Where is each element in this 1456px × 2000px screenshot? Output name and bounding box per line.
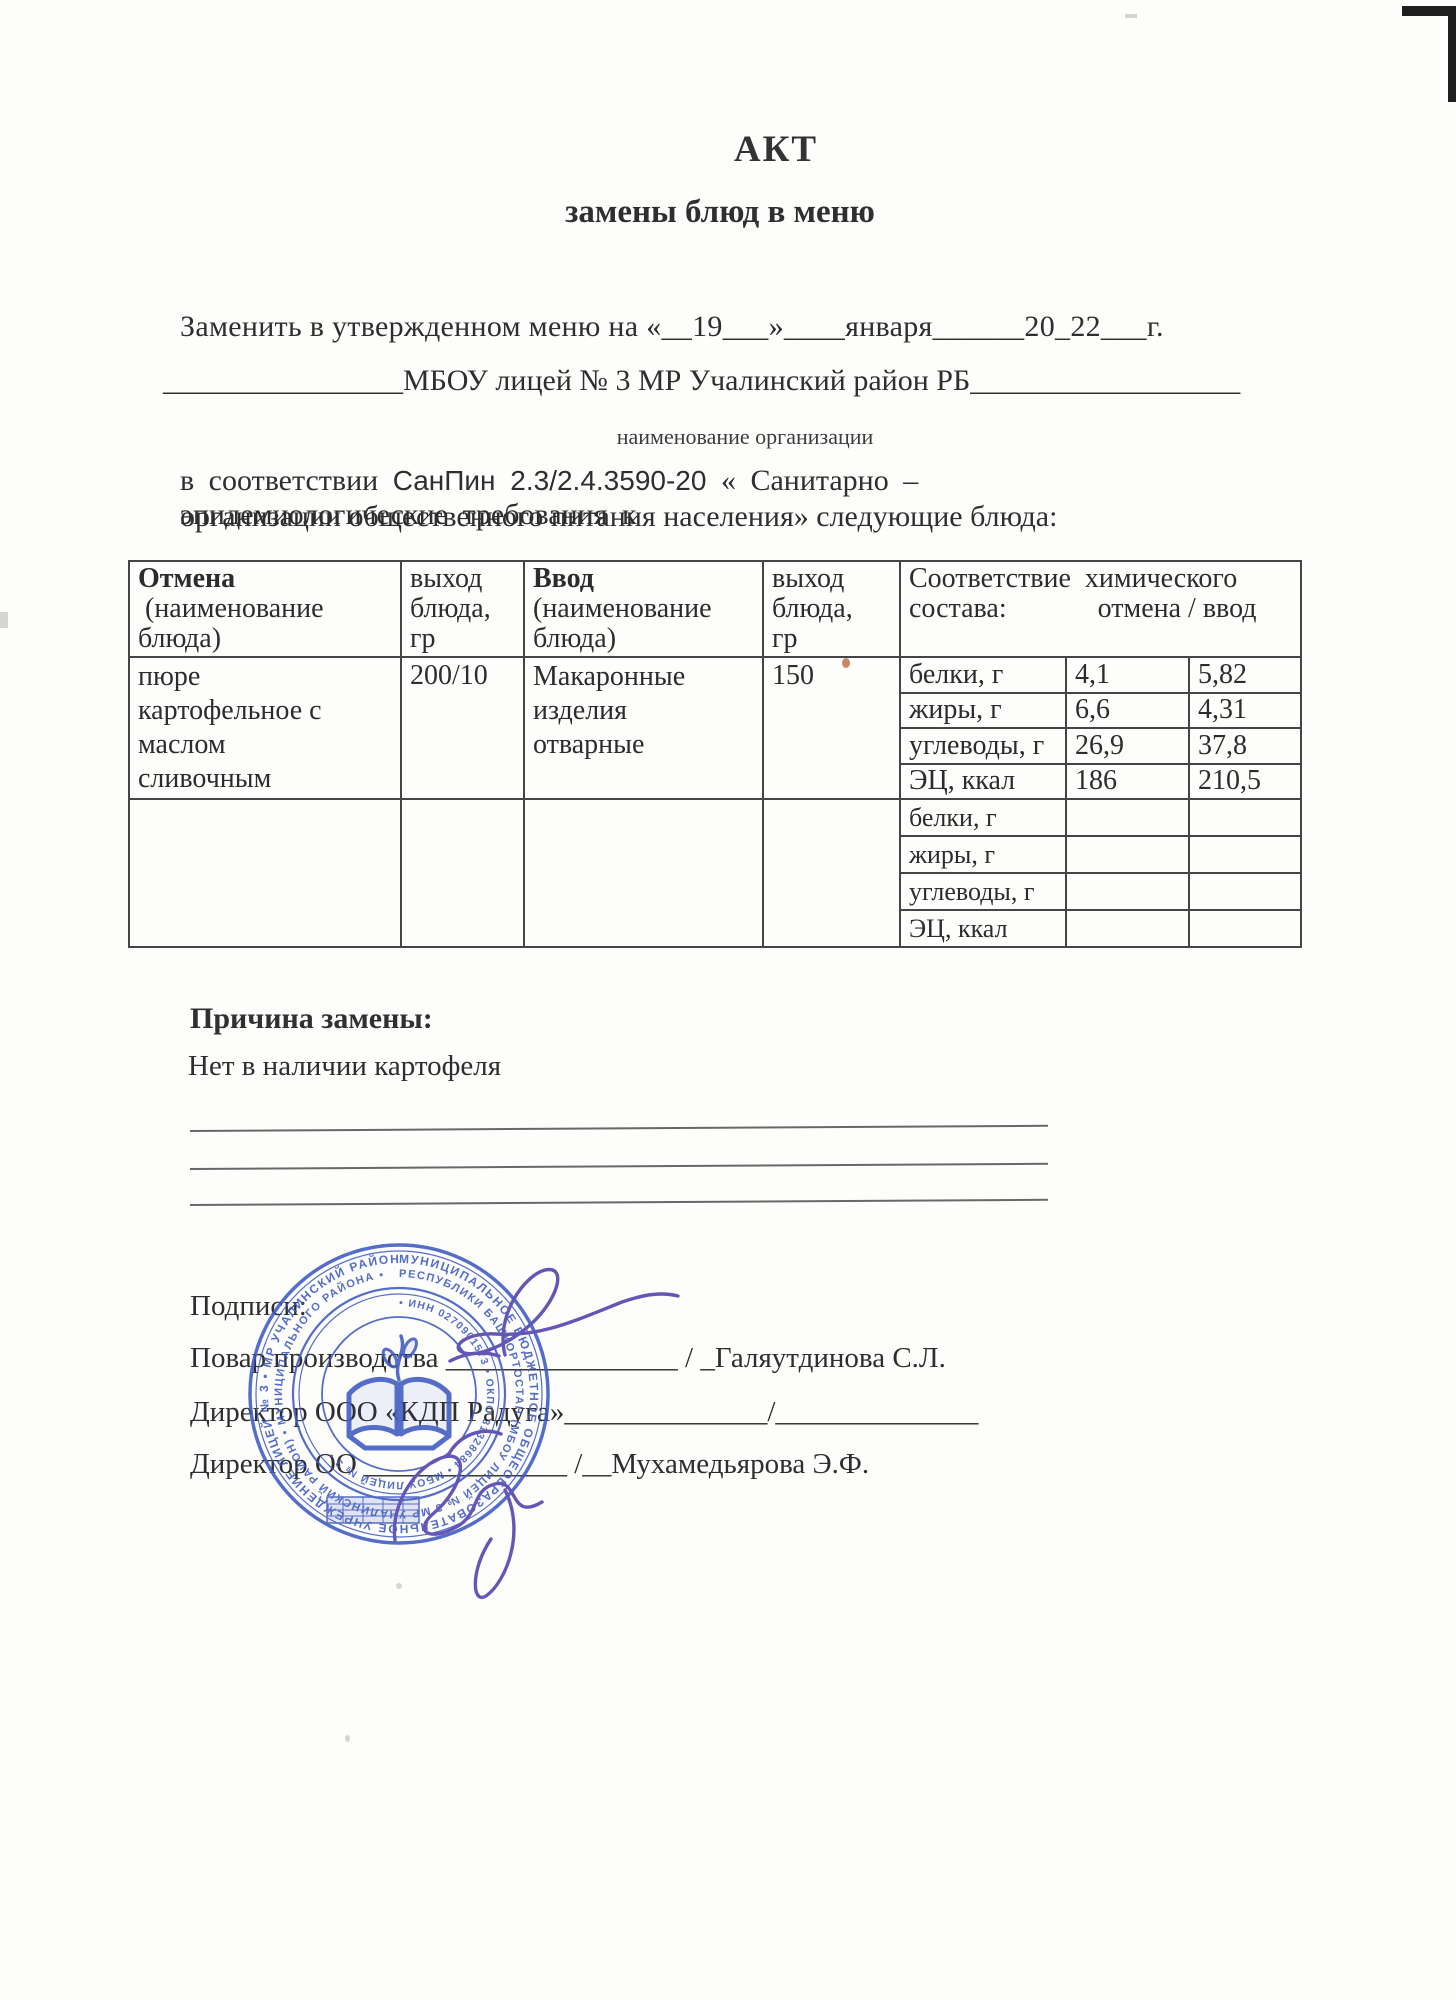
scan-speck (1125, 14, 1137, 18)
nutrient-label: углеводы, г (900, 728, 1066, 764)
ink-signature-director (394, 1456, 542, 1540)
nutrient-input-value (1189, 873, 1301, 910)
blank-line (190, 1163, 1048, 1170)
header-input-sub: (наименование блюда) (533, 593, 712, 654)
ink-signature-director-ascender (448, 1431, 501, 1456)
sanpin-paragraph-line2: организации общественного питания населе… (180, 500, 1120, 534)
organization-name: МБОУ лицей № 3 МР Учалинский район РБ (403, 364, 970, 397)
scanned-document-page: АКТ замены блюд в меню Заменить в утверж… (0, 0, 1456, 2000)
reason-text: Нет в наличии картофеля (188, 1050, 501, 1083)
nutrient-label: ЭЦ, ккал (900, 910, 1066, 947)
nutrient-input-value (1189, 836, 1301, 873)
nutrient-label: белки, г (900, 657, 1066, 693)
cell-input-weight-2 (763, 799, 900, 947)
scan-speck (345, 1735, 350, 1742)
header-out-weight-2: выход блюда, гр (763, 561, 900, 657)
nutrient-input-value: 4,31 (1189, 693, 1301, 729)
nutrient-cancel-value (1066, 799, 1189, 836)
nutrient-cancel-value: 4,1 (1066, 657, 1189, 693)
table-row: белки, г (129, 799, 1301, 836)
header-cancel: Отмена (наименование блюда) (129, 561, 401, 657)
ink-signature-director-descender (475, 1490, 514, 1597)
nutrient-input-value: 5,82 (1189, 657, 1301, 693)
cell-cancel-dish-1: пюре картофельное с маслом сливочным (129, 657, 401, 799)
nutrient-cancel-value (1066, 910, 1189, 947)
ink-signature-cook (458, 1270, 678, 1355)
header-input: Ввод (наименование блюда) (524, 561, 763, 657)
scan-speck (0, 612, 8, 628)
header-input-title: Ввод (533, 563, 594, 594)
nutrient-label: жиры, г (900, 693, 1066, 729)
nutrient-cancel-value (1066, 836, 1189, 873)
table-row: пюре картофельное с маслом сливочным 200… (129, 657, 1301, 693)
blank-line (190, 1125, 1048, 1132)
document-subtitle: замены блюд в меню (0, 194, 1440, 231)
nutrient-cancel-value (1066, 873, 1189, 910)
cell-cancel-weight-2 (401, 799, 524, 947)
cell-cancel-dish-2 (129, 799, 401, 947)
nutrient-input-value (1189, 799, 1301, 836)
header-chemical: Соответствие химического состава: отмена… (900, 561, 1301, 657)
organization-line: ________________МБОУ лицей № 3 МР Учалин… (163, 364, 1313, 398)
header-out-weight-1: выход блюда, гр (401, 561, 524, 657)
table-header-row: Отмена (наименование блюда) выход блюда,… (129, 561, 1301, 657)
nutrient-cancel-value: 186 (1066, 764, 1189, 800)
nutrient-cancel-value: 6,6 (1066, 693, 1189, 729)
nutrient-cancel-value: 26,9 (1066, 728, 1189, 764)
header-cancel-title: Отмена (138, 563, 235, 594)
sanpin-pre: в соответствии (180, 464, 378, 497)
cell-input-dish-1: Макаронные изделия отварные (524, 657, 763, 799)
scan-corner-mark (1402, 6, 1456, 102)
header-cancel-sub: (наименование блюда) (138, 593, 324, 654)
nutrient-input-value: 37,8 (1189, 728, 1301, 764)
handwritten-signatures (300, 1240, 920, 1620)
dish-replacement-table: Отмена (наименование блюда) выход блюда,… (128, 560, 1302, 948)
blank-line (190, 1199, 1048, 1206)
org-underscore-right: __________________ (970, 364, 1240, 397)
nutrient-label: белки, г (900, 799, 1066, 836)
reason-label: Причина замены: (190, 1002, 433, 1036)
intro-date-line: Заменить в утвержденном меню на «__19___… (180, 310, 1280, 344)
nutrient-label: ЭЦ, ккал (900, 764, 1066, 800)
ink-signature-cook-flourish (450, 1353, 499, 1361)
nutrient-label: жиры, г (900, 836, 1066, 873)
organization-caption: наименование организации (445, 424, 1045, 450)
nutrient-input-value (1189, 910, 1301, 947)
org-underscore-left: ________________ (163, 364, 403, 397)
cell-cancel-weight-1: 200/10 (401, 657, 524, 799)
nutrient-input-value: 210,5 (1189, 764, 1301, 800)
nutrient-label: углеводы, г (900, 873, 1066, 910)
cell-input-dish-2 (524, 799, 763, 947)
cell-input-weight-1: 150 (763, 657, 900, 799)
sanpin-code: СанПин 2.3/2.4.3590-20 (393, 465, 707, 496)
document-title: АКТ (96, 128, 1456, 171)
